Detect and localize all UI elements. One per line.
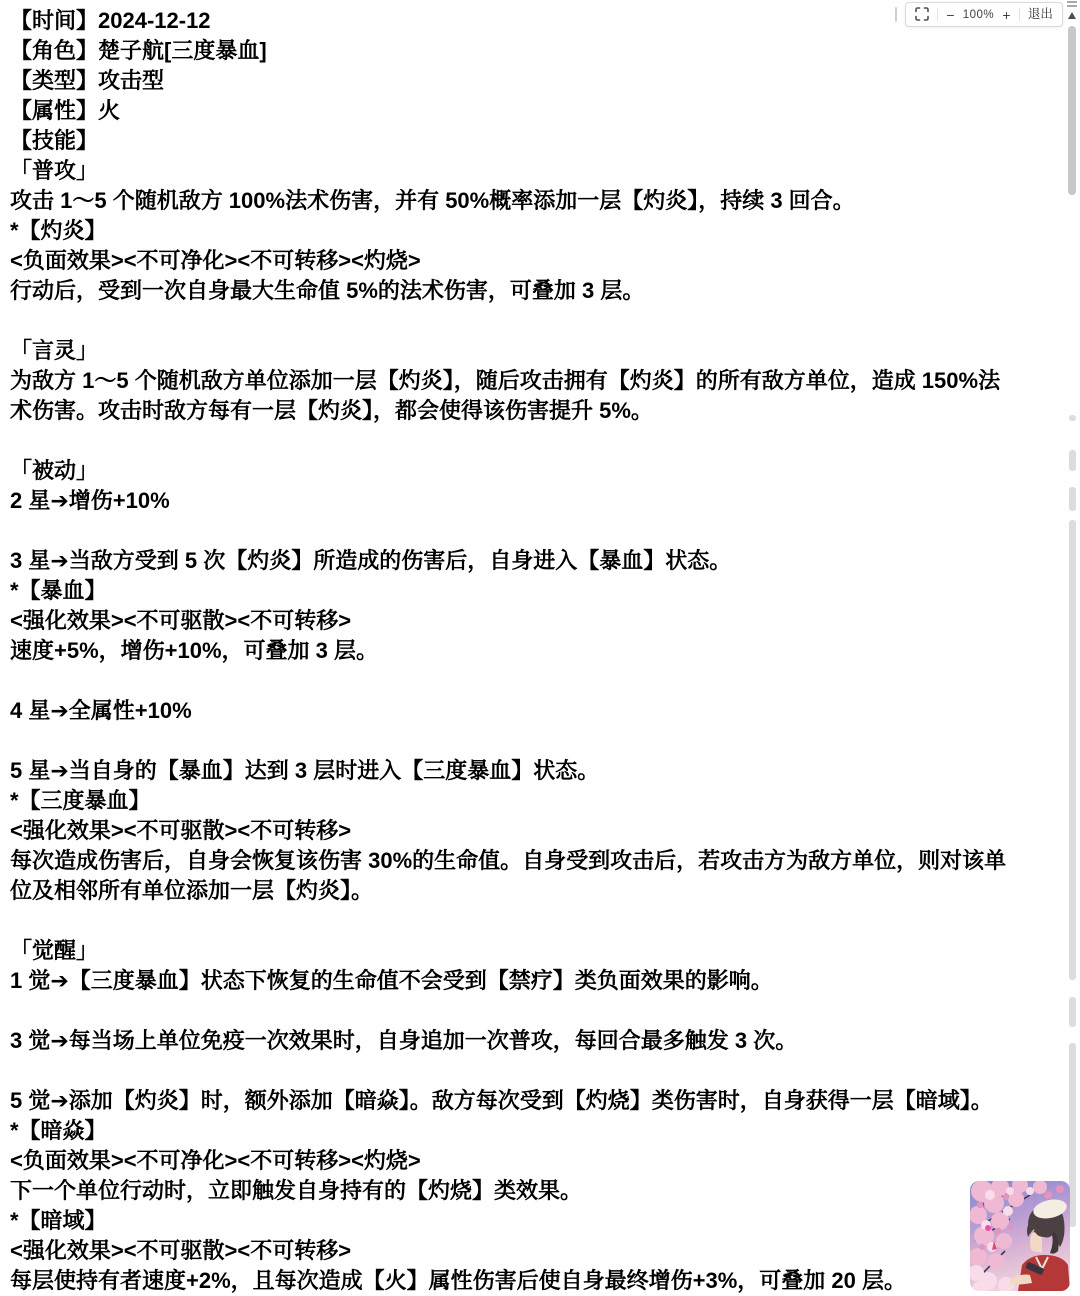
text-line: 每层使持有者速度+2%，且每次造成【火】属性伤害后使自身最终增伤+3%，可叠加 … — [10, 1266, 1060, 1296]
text-line: 【技能】 — [10, 126, 1060, 156]
text-line: *【暴血】 — [10, 576, 1060, 606]
text-line: 每次造成伤害后，自身会恢复该伤害 30%的生命值。自身受到攻击后，若攻击方为敌方… — [10, 846, 1060, 876]
text-line: 3 星➔当敌方受到 5 次【灼炎】所造成的伤害后，自身进入【暴血】状态。 — [10, 546, 1060, 576]
scrollbar-grip-icon — [1067, 1, 1077, 9]
text-line — [10, 516, 1060, 546]
floating-toolbar: − 100% + 退出 — [905, 2, 1063, 27]
text-line — [10, 666, 1060, 696]
text-line: 【类型】攻击型 — [10, 66, 1060, 96]
text-line: 1 觉➔【三度暴血】状态下恢复的生命值不会受到【禁疗】类负面效果的影响。 — [10, 966, 1060, 996]
text-line: 3 觉➔每当场上单位免疫一次效果时，自身追加一次普攻，每回合最多触发 3 次。 — [10, 1026, 1060, 1056]
scrollbar-track-segment — [1069, 1043, 1076, 1227]
text-line: <强化效果><不可驱散><不可转移> — [10, 1236, 1060, 1266]
text-line: 位及相邻所有单位添加一层【灼炎】。 — [10, 876, 1060, 906]
toolbar-left-divider — [895, 7, 897, 22]
document-text: 【时间】2024-12-12【角色】楚子航[三度暴血]【类型】攻击型【属性】火【… — [10, 6, 1060, 1296]
text-line: 「普攻」 — [10, 156, 1060, 186]
zoom-level-value: 100% — [963, 9, 994, 21]
fit-screen-icon — [915, 7, 929, 23]
text-line: 为敌方 1～5 个随机敌方单位添加一层【灼炎】，随后攻击拥有【灼炎】的所有敌方单… — [10, 366, 1060, 396]
toolbar-divider — [937, 8, 938, 21]
text-line: 【角色】楚子航[三度暴血] — [10, 36, 1060, 66]
text-line: 行动后，受到一次自身最大生命值 5%的法术伤害，可叠加 3 层。 — [10, 276, 1060, 306]
text-line — [10, 1056, 1060, 1086]
scrollbar-track-segment — [1069, 450, 1076, 471]
scrollbar-track-segment — [1069, 415, 1076, 421]
text-line: 「言灵」 — [10, 336, 1060, 366]
text-line: 【时间】2024-12-12 — [10, 6, 1060, 36]
text-line — [10, 996, 1060, 1026]
text-line: <强化效果><不可驱散><不可转移> — [10, 606, 1060, 636]
scroll-up-arrow-icon[interactable] — [1068, 12, 1076, 19]
text-line — [10, 906, 1060, 936]
text-line: <负面效果><不可净化><不可转移><灼烧> — [10, 246, 1060, 276]
zoom-in-button[interactable]: + — [1002, 8, 1010, 22]
text-line: 攻击 1～5 个随机敌方 100%法术伤害，并有 50%概率添加一层【灼炎】，持… — [10, 186, 1060, 216]
corner-anime-image[interactable] — [970, 1181, 1070, 1291]
text-line: 2 星➔增伤+10% — [10, 486, 1060, 516]
text-line: 5 觉➔添加【灼炎】时，额外添加【暗焱】。敌方每次受到【灼烧】类伤害时，自身获得… — [10, 1086, 1060, 1116]
text-line: 「觉醒」 — [10, 936, 1060, 966]
scrollbar-track-segment — [1069, 520, 1076, 980]
text-line: *【暗焱】 — [10, 1116, 1060, 1146]
scrollbar-track-segment — [1069, 997, 1076, 1027]
zoom-out-button[interactable]: − — [946, 8, 954, 22]
text-line: *【三度暴血】 — [10, 786, 1060, 816]
text-line: 「被动」 — [10, 456, 1060, 486]
toolbar-divider — [1019, 8, 1020, 21]
text-line: 4 星➔全属性+10% — [10, 696, 1060, 726]
text-line — [10, 726, 1060, 756]
text-line — [10, 306, 1060, 336]
text-line: 【属性】火 — [10, 96, 1060, 126]
exit-fullscreen-button[interactable]: 退出 — [1028, 8, 1053, 21]
text-line: *【暗域】 — [10, 1206, 1060, 1236]
text-line: <强化效果><不可驱散><不可转移> — [10, 816, 1060, 846]
text-line: 术伤害。攻击时敌方每有一层【灼炎】，都会使得该伤害提升 5%。 — [10, 396, 1060, 426]
text-line: *【灼炎】 — [10, 216, 1060, 246]
text-line: <负面效果><不可净化><不可转移><灼烧> — [10, 1146, 1060, 1176]
scrollbar-thumb[interactable] — [1068, 26, 1076, 195]
text-line — [10, 426, 1060, 456]
text-line: 5 星➔当自身的【暴血】达到 3 层时进入【三度暴血】状态。 — [10, 756, 1060, 786]
text-line: 下一个单位行动时，立即触发自身持有的【灼烧】类效果。 — [10, 1176, 1060, 1206]
text-line: 速度+5%，增伤+10%，可叠加 3 层。 — [10, 636, 1060, 666]
fit-screen-button[interactable] — [915, 7, 929, 23]
scrollbar-track-segment — [1069, 487, 1076, 511]
